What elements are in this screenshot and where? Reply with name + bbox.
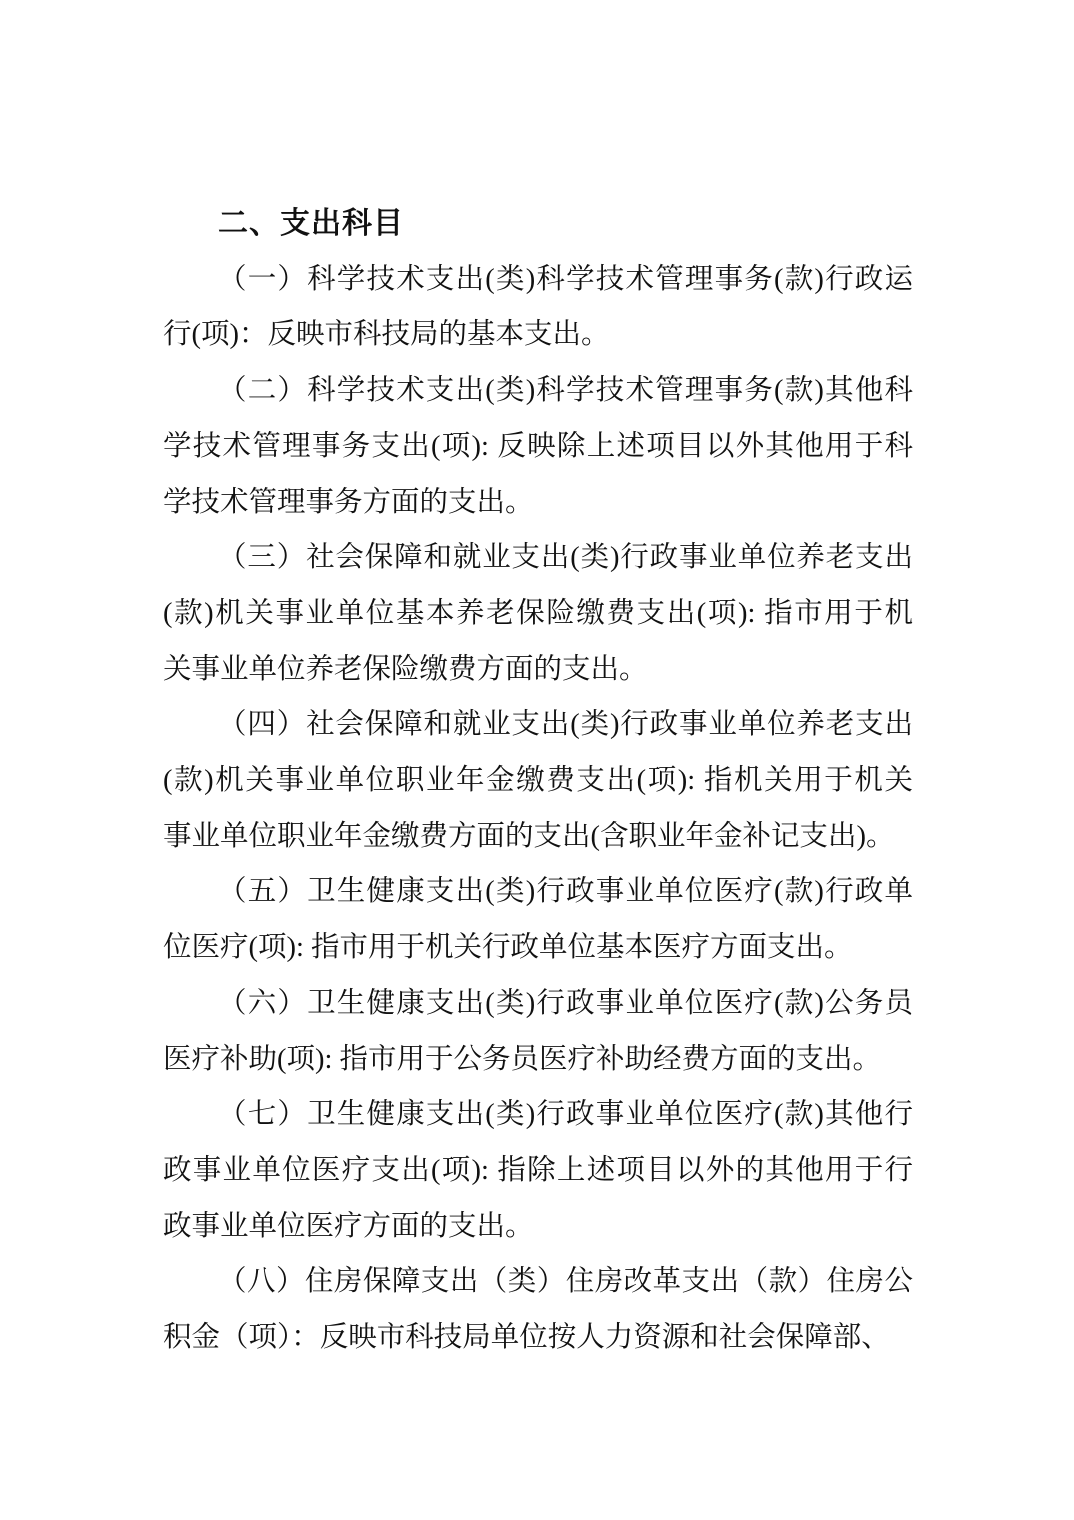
paragraph-line: （一）科学技术支出(类)科学技术管理事务(款)行政运 xyxy=(163,252,913,308)
paragraph: （一）科学技术支出(类)科学技术管理事务(款)行政运行(项)：反映市科技局的基本… xyxy=(163,252,913,363)
paragraph-line: 医疗补助(项): 指市用于公务员医疗补助经费方面的支出。 xyxy=(163,1032,913,1088)
paragraph-line: （二）科学技术支出(类)科学技术管理事务(款)其他科 xyxy=(163,363,913,419)
paragraph-line: 事业单位职业年金缴费方面的支出(含职业年金补记支出)。 xyxy=(163,809,913,865)
paragraph-line: （五）卫生健康支出(类)行政事业单位医疗(款)行政单 xyxy=(163,864,913,920)
paragraph-line: （四）社会保障和就业支出(类)行政事业单位养老支出 xyxy=(163,697,913,753)
paragraph-line: （六）卫生健康支出(类)行政事业单位医疗(款)公务员 xyxy=(163,976,913,1032)
paragraph-line: 关事业单位养老保险缴费方面的支出。 xyxy=(163,642,913,698)
paragraph: （三）社会保障和就业支出(类)行政事业单位养老支出(款)机关事业单位基本养老保险… xyxy=(163,530,913,697)
paragraph: （四）社会保障和就业支出(类)行政事业单位养老支出(款)机关事业单位职业年金缴费… xyxy=(163,697,913,864)
paragraph-line: 积金（项）：反映市科技局单位按人力资源和社会保障部、 xyxy=(163,1310,913,1366)
paragraph-line: (款)机关事业单位职业年金缴费支出(项): 指机关用于机关 xyxy=(163,753,913,809)
paragraph-line: 学技术管理事务方面的支出。 xyxy=(163,475,913,531)
paragraph-line: （八）住房保障支出（类）住房改革支出（款）住房公 xyxy=(163,1254,913,1310)
paragraph: （六）卫生健康支出(类)行政事业单位医疗(款)公务员医疗补助(项): 指市用于公… xyxy=(163,976,913,1087)
paragraph: （八）住房保障支出（类）住房改革支出（款）住房公积金（项）：反映市科技局单位按人… xyxy=(163,1254,913,1365)
paragraph-line: （三）社会保障和就业支出(类)行政事业单位养老支出 xyxy=(163,530,913,586)
paragraph: （五）卫生健康支出(类)行政事业单位医疗(款)行政单位医疗(项): 指市用于机关… xyxy=(163,864,913,975)
paragraph-line: 学技术管理事务支出(项): 反映除上述项目以外其他用于科 xyxy=(163,419,913,475)
page-content: 二、支出科目 （一）科学技术支出(类)科学技术管理事务(款)行政运行(项)：反映… xyxy=(163,196,913,1366)
paragraph-line: 政事业单位医疗方面的支出。 xyxy=(163,1199,913,1255)
paragraph-line: 位医疗(项): 指市用于机关行政单位基本医疗方面支出。 xyxy=(163,920,913,976)
paragraph-line: 政事业单位医疗支出(项): 指除上述项目以外的其他用于行 xyxy=(163,1143,913,1199)
paragraph-line: （七）卫生健康支出(类)行政事业单位医疗(款)其他行 xyxy=(163,1087,913,1143)
paragraph: （七）卫生健康支出(类)行政事业单位医疗(款)其他行政事业单位医疗支出(项): … xyxy=(163,1087,913,1254)
section-heading: 二、支出科目 xyxy=(163,196,913,252)
paragraph-line: 行(项)：反映市科技局的基本支出。 xyxy=(163,307,913,363)
paragraph: （二）科学技术支出(类)科学技术管理事务(款)其他科学技术管理事务支出(项): … xyxy=(163,363,913,530)
paragraph-list: （一）科学技术支出(类)科学技术管理事务(款)行政运行(项)：反映市科技局的基本… xyxy=(163,252,913,1366)
document-page: 二、支出科目 （一）科学技术支出(类)科学技术管理事务(款)行政运行(项)：反映… xyxy=(0,0,1074,1520)
paragraph-line: (款)机关事业单位基本养老保险缴费支出(项): 指市用于机 xyxy=(163,586,913,642)
